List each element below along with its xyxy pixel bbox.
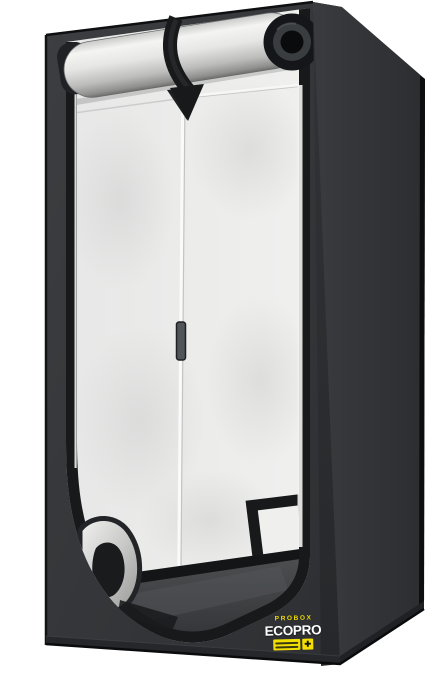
- logo-badge: ✚: [273, 638, 313, 650]
- right-face-edge: [419, 76, 425, 611]
- left-door-trim: [75, 48, 77, 468]
- roll-end-cap: [264, 14, 321, 71]
- plus-icon: ✚: [302, 638, 313, 649]
- zipper-pull: [177, 322, 186, 360]
- grow-tent-illustration: [0, 0, 440, 686]
- logo-badge-text-lines: [273, 639, 300, 651]
- logo-model-text: ECOPRO: [264, 623, 321, 638]
- brand-logo: PROBOX ECOPRO ✚: [266, 615, 321, 650]
- right-door-trim: [298, 85, 303, 547]
- product-photo-grow-tent: PROBOX ECOPRO ✚: [0, 0, 440, 686]
